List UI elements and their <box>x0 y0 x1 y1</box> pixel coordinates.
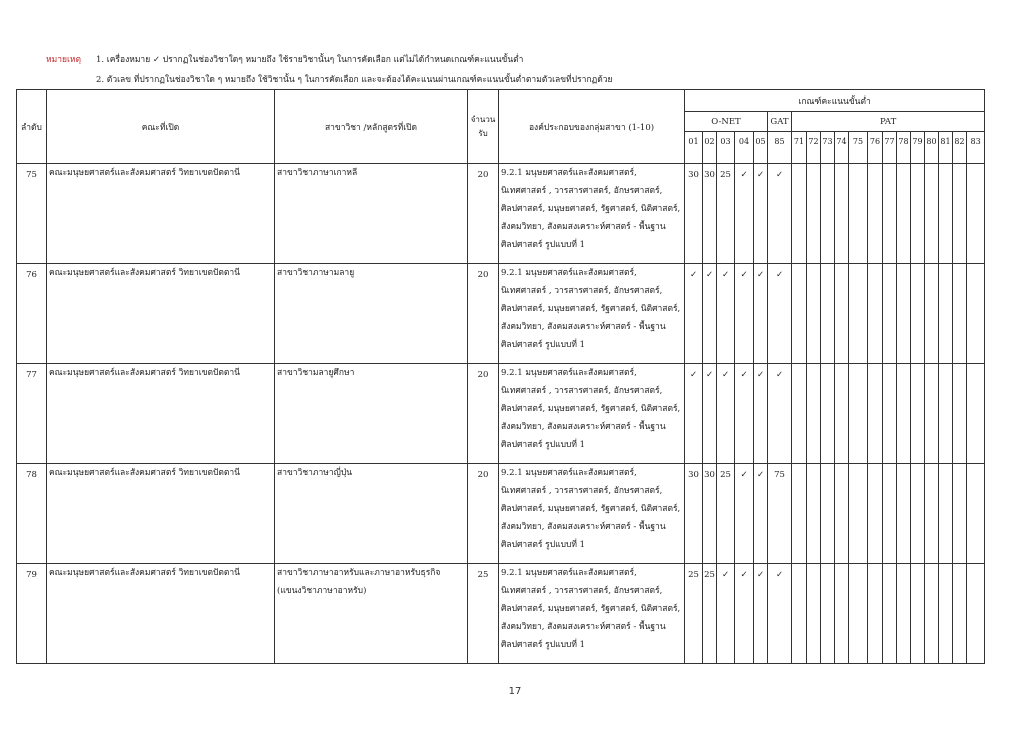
score-cell <box>868 264 883 364</box>
row-faculty: คณะมนุษยศาสตร์และสังคมศาสตร์ วิทยาเขตปัต… <box>47 464 275 564</box>
header-score-code: 82 <box>953 132 967 164</box>
row-major: สาขาวิชามลายูศึกษา <box>275 364 468 464</box>
score-cell <box>792 564 807 664</box>
row-seq: 78 <box>17 464 47 564</box>
row-major: สาขาวิชาภาษาอาหรับและภาษาอาหรับธุรกิจ (แ… <box>275 564 468 664</box>
check-icon: ✓ <box>703 364 717 464</box>
header-score-code: 76 <box>868 132 883 164</box>
score-cell <box>807 264 821 364</box>
score-cell <box>953 564 967 664</box>
score-cell <box>807 164 821 264</box>
header-score-code: 81 <box>939 132 953 164</box>
score-cell: 30 <box>685 464 703 564</box>
score-cell <box>835 264 849 364</box>
score-cell <box>883 364 897 464</box>
header-score-code: 03 <box>717 132 735 164</box>
header-score-code: 79 <box>911 132 925 164</box>
score-cell <box>883 564 897 664</box>
score-cell <box>911 264 925 364</box>
check-icon: ✓ <box>735 364 754 464</box>
table-row: 75คณะมนุษยศาสตร์และสังคมศาสตร์ วิทยาเขตป… <box>17 164 985 264</box>
score-cell: 25 <box>717 464 735 564</box>
score-cell <box>939 364 953 464</box>
score-cell <box>835 164 849 264</box>
header-gat: GAT <box>768 112 792 132</box>
check-icon: ✓ <box>703 264 717 364</box>
header-score-code: 71 <box>792 132 807 164</box>
row-seq: 76 <box>17 264 47 364</box>
check-icon: ✓ <box>754 364 768 464</box>
header-score-code: 77 <box>883 132 897 164</box>
score-cell <box>821 164 835 264</box>
check-icon: ✓ <box>754 264 768 364</box>
check-icon: ✓ <box>768 364 792 464</box>
score-cell <box>911 464 925 564</box>
header-onet: O-NET <box>685 112 768 132</box>
score-cell <box>821 564 835 664</box>
table-row: 77คณะมนุษยศาสตร์และสังคมศาสตร์ วิทยาเขตป… <box>17 364 985 464</box>
score-cell <box>925 564 939 664</box>
row-faculty: คณะมนุษยศาสตร์และสังคมศาสตร์ วิทยาเขตปัต… <box>47 164 275 264</box>
score-cell <box>967 464 985 564</box>
row-composition: 9.2.1 มนุษยศาสตร์และสังคมศาสตร์, นิเทศศา… <box>499 264 685 364</box>
score-cell <box>897 164 911 264</box>
score-cell <box>868 564 883 664</box>
score-cell <box>953 264 967 364</box>
score-cell <box>925 464 939 564</box>
check-icon: ✓ <box>717 564 735 664</box>
score-cell <box>953 364 967 464</box>
check-icon: ✓ <box>754 464 768 564</box>
score-cell: 30 <box>685 164 703 264</box>
score-cell: 25 <box>685 564 703 664</box>
check-icon: ✓ <box>735 264 754 364</box>
row-seq: 75 <box>17 164 47 264</box>
header-score-code: 80 <box>925 132 939 164</box>
note-label: หมายเหตุ <box>46 50 96 70</box>
table-row: 79คณะมนุษยศาสตร์และสังคมศาสตร์ วิทยาเขตป… <box>17 564 985 664</box>
header-score-code: 75 <box>849 132 868 164</box>
score-cell <box>835 364 849 464</box>
score-cell <box>792 164 807 264</box>
row-composition: 9.2.1 มนุษยศาสตร์และสังคมศาสตร์, นิเทศศา… <box>499 564 685 664</box>
row-seq: 77 <box>17 364 47 464</box>
score-cell <box>807 564 821 664</box>
header-score-code: 74 <box>835 132 849 164</box>
header-min-score: เกณฑ์คะแนนขั้นต่ำ <box>685 90 985 112</box>
score-cell <box>939 564 953 664</box>
header-score-code: 85 <box>768 132 792 164</box>
check-icon: ✓ <box>717 364 735 464</box>
check-icon: ✓ <box>754 164 768 264</box>
table-row: 78คณะมนุษยศาสตร์และสังคมศาสตร์ วิทยาเขตป… <box>17 464 985 564</box>
row-seats: 20 <box>468 364 499 464</box>
header-score-code: 83 <box>967 132 985 164</box>
score-cell <box>868 364 883 464</box>
score-cell <box>792 264 807 364</box>
admission-criteria-table: ลำดับ คณะที่เปิด สาขาวิชา /หลักสูตรที่เป… <box>16 89 985 664</box>
note-1-text: 1. เครื่องหมาย ✓ ปรากฏในช่องวิชาใดๆ หมาย… <box>96 55 523 65</box>
score-cell <box>807 464 821 564</box>
check-icon: ✓ <box>735 564 754 664</box>
row-composition: 9.2.1 มนุษยศาสตร์และสังคมศาสตร์, นิเทศศา… <box>499 464 685 564</box>
score-cell <box>868 164 883 264</box>
check-icon: ✓ <box>768 264 792 364</box>
check-icon: ✓ <box>735 464 754 564</box>
score-cell <box>792 464 807 564</box>
header-seats: จำนวนรับ <box>468 90 499 164</box>
score-cell <box>821 464 835 564</box>
score-cell <box>868 464 883 564</box>
score-cell <box>911 164 925 264</box>
header-pat: PAT <box>792 112 985 132</box>
score-cell <box>835 564 849 664</box>
score-cell <box>897 364 911 464</box>
score-cell <box>911 564 925 664</box>
score-cell: 30 <box>703 464 717 564</box>
row-major: สาขาวิชาภาษาญี่ปุ่น <box>275 464 468 564</box>
score-cell <box>897 564 911 664</box>
row-composition: 9.2.1 มนุษยศาสตร์และสังคมศาสตร์, นิเทศศา… <box>499 164 685 264</box>
check-icon: ✓ <box>768 164 792 264</box>
row-seats: 20 <box>468 464 499 564</box>
row-seats: 20 <box>468 164 499 264</box>
note-2: 2. ตัวเลข ที่ปรากฏในช่องวิชาใด ๆ หมายถึง… <box>96 70 612 90</box>
row-faculty: คณะมนุษยศาสตร์และสังคมศาสตร์ วิทยาเขตปัต… <box>47 264 275 364</box>
header-score-code: 02 <box>703 132 717 164</box>
note-1: หมายเหตุ1. เครื่องหมาย ✓ ปรากฏในช่องวิชา… <box>46 50 523 70</box>
header-score-code: 01 <box>685 132 703 164</box>
score-cell <box>925 164 939 264</box>
score-cell <box>911 364 925 464</box>
score-cell <box>953 164 967 264</box>
score-cell <box>967 164 985 264</box>
header-score-code: 73 <box>821 132 835 164</box>
header-major: สาขาวิชา /หลักสูตรที่เปิด <box>275 90 468 164</box>
score-cell <box>792 364 807 464</box>
header-composition: องค์ประกอบของกลุ่มสาขา (1-10) <box>499 90 685 164</box>
score-cell <box>821 264 835 364</box>
check-icon: ✓ <box>685 264 703 364</box>
score-cell <box>883 164 897 264</box>
check-icon: ✓ <box>685 364 703 464</box>
score-cell <box>953 464 967 564</box>
table-row: 76คณะมนุษยศาสตร์และสังคมศาสตร์ วิทยาเขตป… <box>17 264 985 364</box>
header-score-code: 05 <box>754 132 768 164</box>
score-cell <box>883 264 897 364</box>
score-cell <box>849 364 868 464</box>
score-cell <box>925 364 939 464</box>
header-seq: ลำดับ <box>17 90 47 164</box>
row-seq: 79 <box>17 564 47 664</box>
score-cell <box>925 264 939 364</box>
header-faculty: คณะที่เปิด <box>47 90 275 164</box>
page-number: 17 <box>0 686 1030 697</box>
score-cell <box>967 264 985 364</box>
score-cell: 30 <box>703 164 717 264</box>
check-icon: ✓ <box>735 164 754 264</box>
header-score-code: 04 <box>735 132 754 164</box>
score-cell <box>939 464 953 564</box>
check-icon: ✓ <box>768 564 792 664</box>
score-cell <box>849 264 868 364</box>
header-score-code: 78 <box>897 132 911 164</box>
row-faculty: คณะมนุษยศาสตร์และสังคมศาสตร์ วิทยาเขตปัต… <box>47 364 275 464</box>
row-seats: 20 <box>468 264 499 364</box>
score-cell <box>807 364 821 464</box>
score-cell <box>883 464 897 564</box>
check-icon: ✓ <box>754 564 768 664</box>
score-cell: 25 <box>717 164 735 264</box>
row-composition: 9.2.1 มนุษยศาสตร์และสังคมศาสตร์, นิเทศศา… <box>499 364 685 464</box>
row-seats: 25 <box>468 564 499 664</box>
row-major: สาขาวิชาภาษามลายู <box>275 264 468 364</box>
score-cell: 25 <box>703 564 717 664</box>
score-cell: 75 <box>768 464 792 564</box>
score-cell <box>821 364 835 464</box>
row-faculty: คณะมนุษยศาสตร์และสังคมศาสตร์ วิทยาเขตปัต… <box>47 564 275 664</box>
score-cell <box>967 364 985 464</box>
score-cell <box>939 264 953 364</box>
score-cell <box>849 464 868 564</box>
score-cell <box>897 264 911 364</box>
score-cell <box>897 464 911 564</box>
header-score-code: 72 <box>807 132 821 164</box>
score-cell <box>835 464 849 564</box>
score-cell <box>939 164 953 264</box>
score-cell <box>849 564 868 664</box>
score-cell <box>967 564 985 664</box>
score-cell <box>849 164 868 264</box>
check-icon: ✓ <box>717 264 735 364</box>
row-major: สาขาวิชาภาษาเกาหลี <box>275 164 468 264</box>
